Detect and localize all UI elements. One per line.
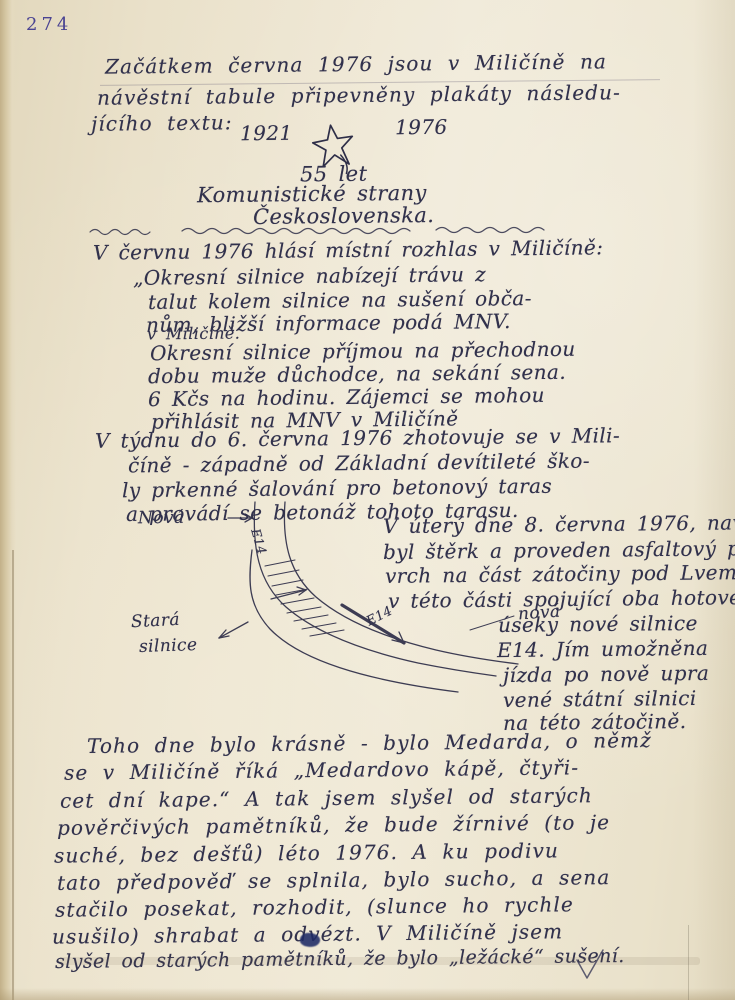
handwritten-line: v této části spojující oba hotové <box>388 585 735 613</box>
edge-mark: ℓ <box>0 15 5 36</box>
page-number: 274 <box>26 14 72 35</box>
handwritten-line: jícího textu: <box>91 110 233 135</box>
chronicle-page: ℓ 274 Začátkem června 1976 jsou v Miličí… <box>0 0 735 1000</box>
handwritten-line: cet dní kape.“ A tak jsem slyšel od star… <box>60 783 593 813</box>
page-edge-line <box>12 550 14 1000</box>
handwritten-line: Začátkem června 1976 jsou v Miličíně na <box>105 49 607 78</box>
page-crease-line <box>688 925 689 1000</box>
handwritten-line: „Okresní silnice nabízejí trávu z <box>133 262 486 290</box>
poster-year-left: 1921 <box>240 121 293 146</box>
handwritten-line: vené státní silnici <box>503 686 697 712</box>
handwritten-line: jízda po nově upra <box>503 661 709 687</box>
handwritten-line: vrch na část zátočiny pod Lvem. <box>385 560 735 588</box>
checkmark-icon <box>575 948 605 982</box>
handwritten-line: návěstní tabule připevněny plakáty násle… <box>97 80 621 109</box>
sketch-label-stara: Stará <box>131 610 181 633</box>
sketch-label-silnice: silnice <box>139 635 198 657</box>
handwritten-line: tato předpověď se splnila, bylo sucho, a… <box>57 865 611 895</box>
handwritten-line: se v Miličíně říká „Medardovo kápě, čtyř… <box>64 755 579 784</box>
bottom-page-edge <box>0 988 735 1000</box>
handwritten-line: pověrčivých pamětníků, že bude žírnivé (… <box>57 810 610 840</box>
handwritten-line: V úterý dne 8. června 1976, navezen <box>383 510 735 538</box>
handwritten-line: E14. Jím umožněna <box>497 636 708 662</box>
poster-year-right: 1976 <box>395 115 448 140</box>
right-page-shade <box>693 0 735 1000</box>
handwritten-line: stačilo posekat, rozhodit, (slunce ho ry… <box>55 892 574 921</box>
handwritten-line: úseky nové silnice <box>498 611 698 637</box>
handwritten-line: suché, bez dešťů) léto 1976. A ku podivu <box>54 838 559 867</box>
handwritten-line: V červnu 1976 hlásí místní rozhlas v Mil… <box>93 235 604 264</box>
sketch-label-nova-top: Nová <box>138 508 185 528</box>
handwritten-line: Toho dne bylo krásně - bylo Medarda, o n… <box>87 728 652 758</box>
